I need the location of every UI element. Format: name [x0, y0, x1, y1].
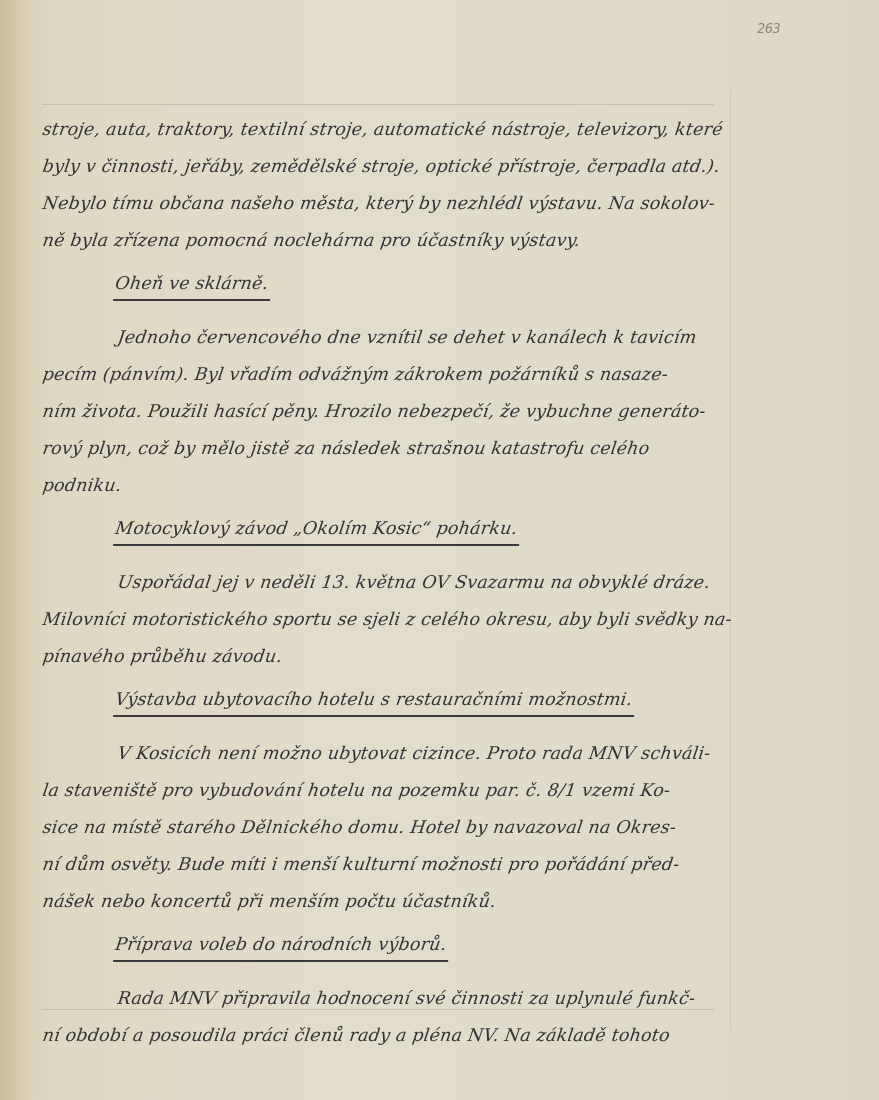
handwritten-text-body: stroje, auta, traktory, textilní stroje,…: [40, 112, 720, 1055]
paragraph-fire: Jednoho červencového dne vznítil se dehe…: [40, 320, 720, 505]
text-line: nášek nebo koncertů při menším počtu úča…: [40, 884, 725, 921]
text-line: Jednoho červencového dne vznítil se dehe…: [40, 320, 725, 357]
text-line: pínavého průběhu závodu.: [40, 639, 725, 676]
paragraph-continuation: stroje, auta, traktory, textilní stroje,…: [40, 112, 720, 260]
heading-text: Výstavba ubytovacího hotelu s restauračn…: [113, 685, 638, 717]
text-line: V Kosicích není možno ubytovat cizince. …: [40, 736, 725, 773]
heading-text: Motocyklový závod „Okolím Kosic“ pohárku…: [113, 514, 524, 546]
text-line: ním života. Použili hasící pěny. Hrozilo…: [40, 394, 725, 431]
text-line: byly v činnosti, jeřáby, zemědělské stro…: [40, 149, 725, 186]
text-line: ní období a posoudila práci členů rady a…: [40, 1018, 725, 1055]
text-line: Rada MNV připravila hodnocení své činnos…: [40, 981, 725, 1018]
margin-line: [730, 90, 731, 1030]
text-line: ní dům osvěty. Bude míti i menší kulturn…: [40, 847, 725, 884]
page-binding-shadow: [0, 0, 30, 1100]
section-heading-hotel: Výstavba ubytovacího hotelu s restauračn…: [40, 676, 727, 724]
paragraph-elections: Rada MNV připravila hodnocení své činnos…: [40, 981, 720, 1055]
section-heading-fire: Oheň ve sklárně.: [40, 260, 727, 308]
paragraph-hotel: V Kosicích není možno ubytovat cizince. …: [40, 736, 720, 921]
text-line: rový plyn, což by mělo jistě za následek…: [40, 431, 725, 468]
text-line: stroje, auta, traktory, textilní stroje,…: [40, 112, 725, 149]
paragraph-motorcycle-race: Uspořádal jej v neděli 13. května OV Sva…: [40, 565, 720, 676]
text-line: ně byla zřízena pomocná noclehárna pro ú…: [40, 223, 725, 260]
heading-text: Oheň ve sklárně.: [113, 269, 274, 301]
text-line: Milovníci motoristického sportu se sjeli…: [40, 602, 725, 639]
page-number: 263: [757, 22, 780, 37]
text-line: Uspořádal jej v neděli 13. května OV Sva…: [40, 565, 725, 602]
text-line: podniku.: [40, 468, 725, 505]
heading-text: Příprava voleb do národních výborů.: [113, 930, 453, 962]
section-heading-motorcycle-race: Motocyklový závod „Okolím Kosic“ pohárku…: [40, 505, 727, 553]
text-line: Nebylo tímu občana našeho města, který b…: [40, 186, 725, 223]
text-line: la staveniště pro vybudování hotelu na p…: [40, 773, 725, 810]
text-line: pecím (pánvím). Byl vřadím odvážným zákr…: [40, 357, 725, 394]
text-line: sice na místě starého Dělnického domu. H…: [40, 810, 725, 847]
section-heading-elections: Příprava voleb do národních výborů.: [40, 921, 727, 969]
